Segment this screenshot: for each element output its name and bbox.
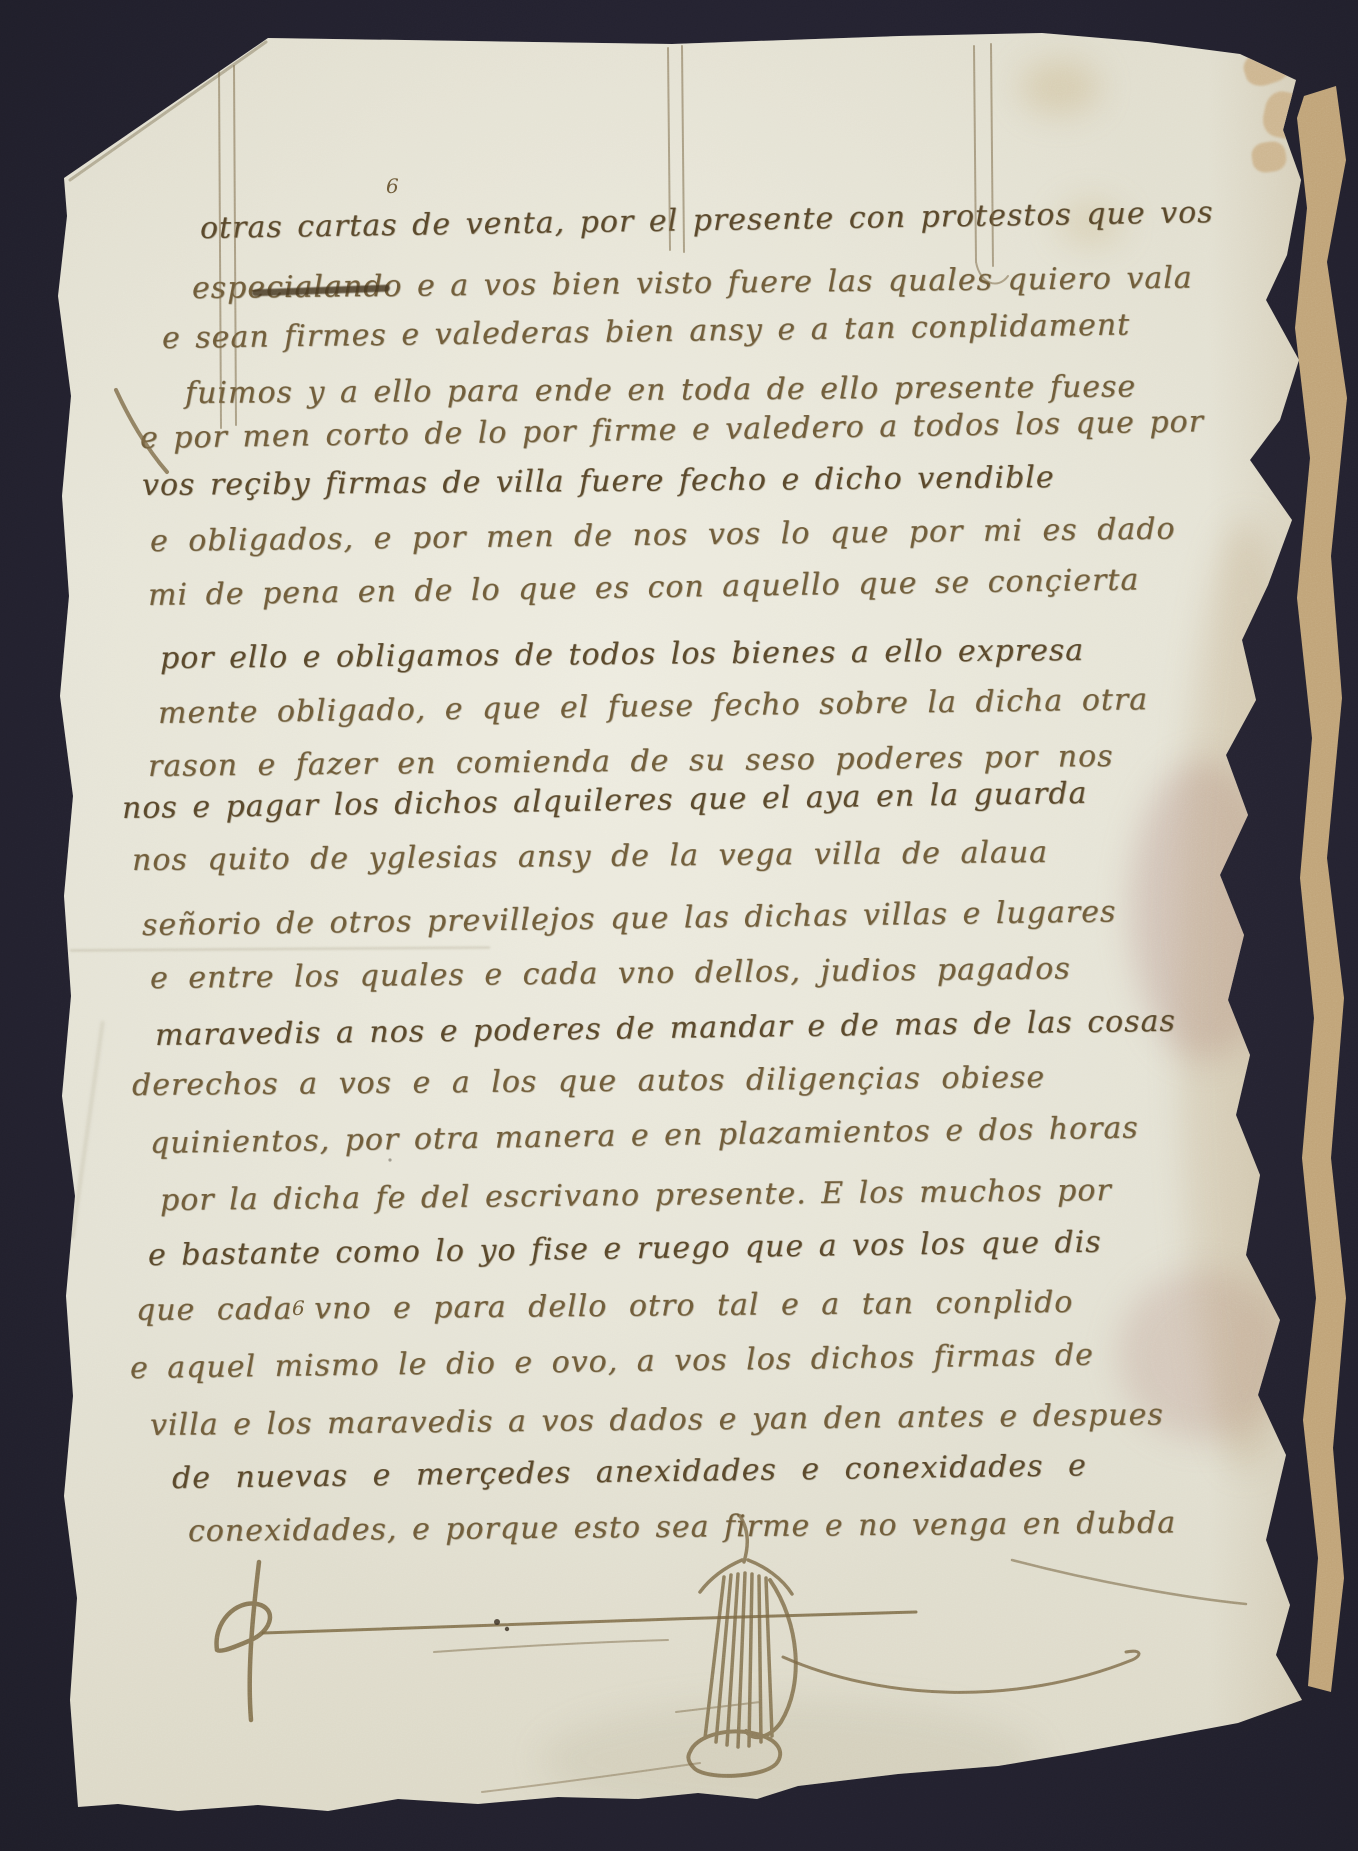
signature-rule-faint bbox=[434, 1640, 668, 1652]
manuscript-line: por ello e obligamos de todos los bienes… bbox=[160, 636, 1084, 674]
manuscript-line: e bastante como lo yo fise e ruego que a… bbox=[148, 1228, 1102, 1271]
fold-crease bbox=[70, 42, 266, 180]
scan-background: otras cartas de venta, por el presente c… bbox=[0, 0, 1358, 1851]
manuscript-line: mi de pena en de lo que es con aquello q… bbox=[148, 565, 1140, 611]
manuscript-line: e aquel mismo le dio e ovo, a vos los di… bbox=[130, 1341, 1094, 1384]
manuscript-line: que cada vno e para dello otro tal e a t… bbox=[136, 1288, 1074, 1326]
manuscript-line: nos e pagar los dichos alquileres que el… bbox=[122, 779, 1088, 824]
notarial-rubric bbox=[676, 1516, 796, 1776]
manuscript-page: otras cartas de venta, por el presente c… bbox=[0, 0, 1358, 1851]
stain-patch bbox=[1180, 520, 1310, 1470]
paraph-rubric bbox=[217, 1562, 270, 1720]
paper-fringe bbox=[1250, 140, 1288, 174]
crease-line bbox=[71, 1021, 105, 1239]
manuscript-line: señorio de otros previllejos que las dic… bbox=[142, 897, 1117, 941]
superscript-mark: 6 bbox=[386, 176, 399, 196]
manuscript-line: conexidades, e porque esto sea firme e n… bbox=[188, 1508, 1176, 1547]
top-edge-shadow bbox=[0, 0, 1358, 24]
superscript-mark: 6 bbox=[292, 1298, 305, 1318]
manuscript-line: nos quito de yglesias ansy de la vega vi… bbox=[132, 838, 1048, 876]
left-edge-shadow bbox=[0, 0, 28, 1851]
stain-patch bbox=[1020, 60, 1100, 115]
manuscript-line: e obligados, e por men de nos vos lo que… bbox=[150, 514, 1176, 557]
manuscript-line: e por men corto de lo por firme e valede… bbox=[140, 407, 1204, 454]
manuscript-line: de nuevas e merçedes anexidades e conexi… bbox=[172, 1451, 1087, 1494]
manuscript-line: rason e fazer en comienda de su seso pod… bbox=[148, 742, 1114, 782]
manuscript-line: e sean firmes e valederas bien ansy e a … bbox=[162, 310, 1131, 354]
bottom-edge-shadow bbox=[0, 1817, 1358, 1851]
manuscript-line: villa e los maravedis a vos dados e yan … bbox=[150, 1400, 1164, 1441]
flourish-stroke bbox=[1012, 1560, 1246, 1604]
stain-patch bbox=[540, 1700, 1040, 1820]
manuscript-line: vos reçiby firmas de villa fuere fecho e… bbox=[142, 463, 1055, 501]
crease-line bbox=[70, 947, 490, 952]
manuscript-line: otras cartas de venta, por el presente c… bbox=[200, 198, 1214, 244]
manuscript-line: por la dicha fe del escrivano presente. … bbox=[160, 1176, 1112, 1216]
manuscript-line: derechos a vos e a los que autos diligen… bbox=[132, 1063, 1045, 1101]
manuscript-line: quinientos, por otra manera e en plazami… bbox=[150, 1113, 1139, 1159]
manuscript-line: fuimos y a ello para ende en toda de ell… bbox=[185, 372, 1136, 409]
paper-fringe bbox=[1240, 44, 1294, 91]
flourish-stroke bbox=[482, 1763, 700, 1792]
flourish-swoosh bbox=[783, 1651, 1139, 1692]
manuscript-line: especialando e a vos bien visto fuere la… bbox=[192, 264, 1193, 304]
ink-blot bbox=[388, 1158, 509, 1631]
manuscript-line: maravedis a nos e poderes de mandar e de… bbox=[155, 1007, 1176, 1051]
manuscript-line: mente obligado, e que el fuese fecho sob… bbox=[158, 685, 1149, 729]
signature-rule bbox=[263, 1612, 916, 1633]
manuscript-line: e entre los quales e cada vno dellos, ju… bbox=[150, 954, 1071, 994]
